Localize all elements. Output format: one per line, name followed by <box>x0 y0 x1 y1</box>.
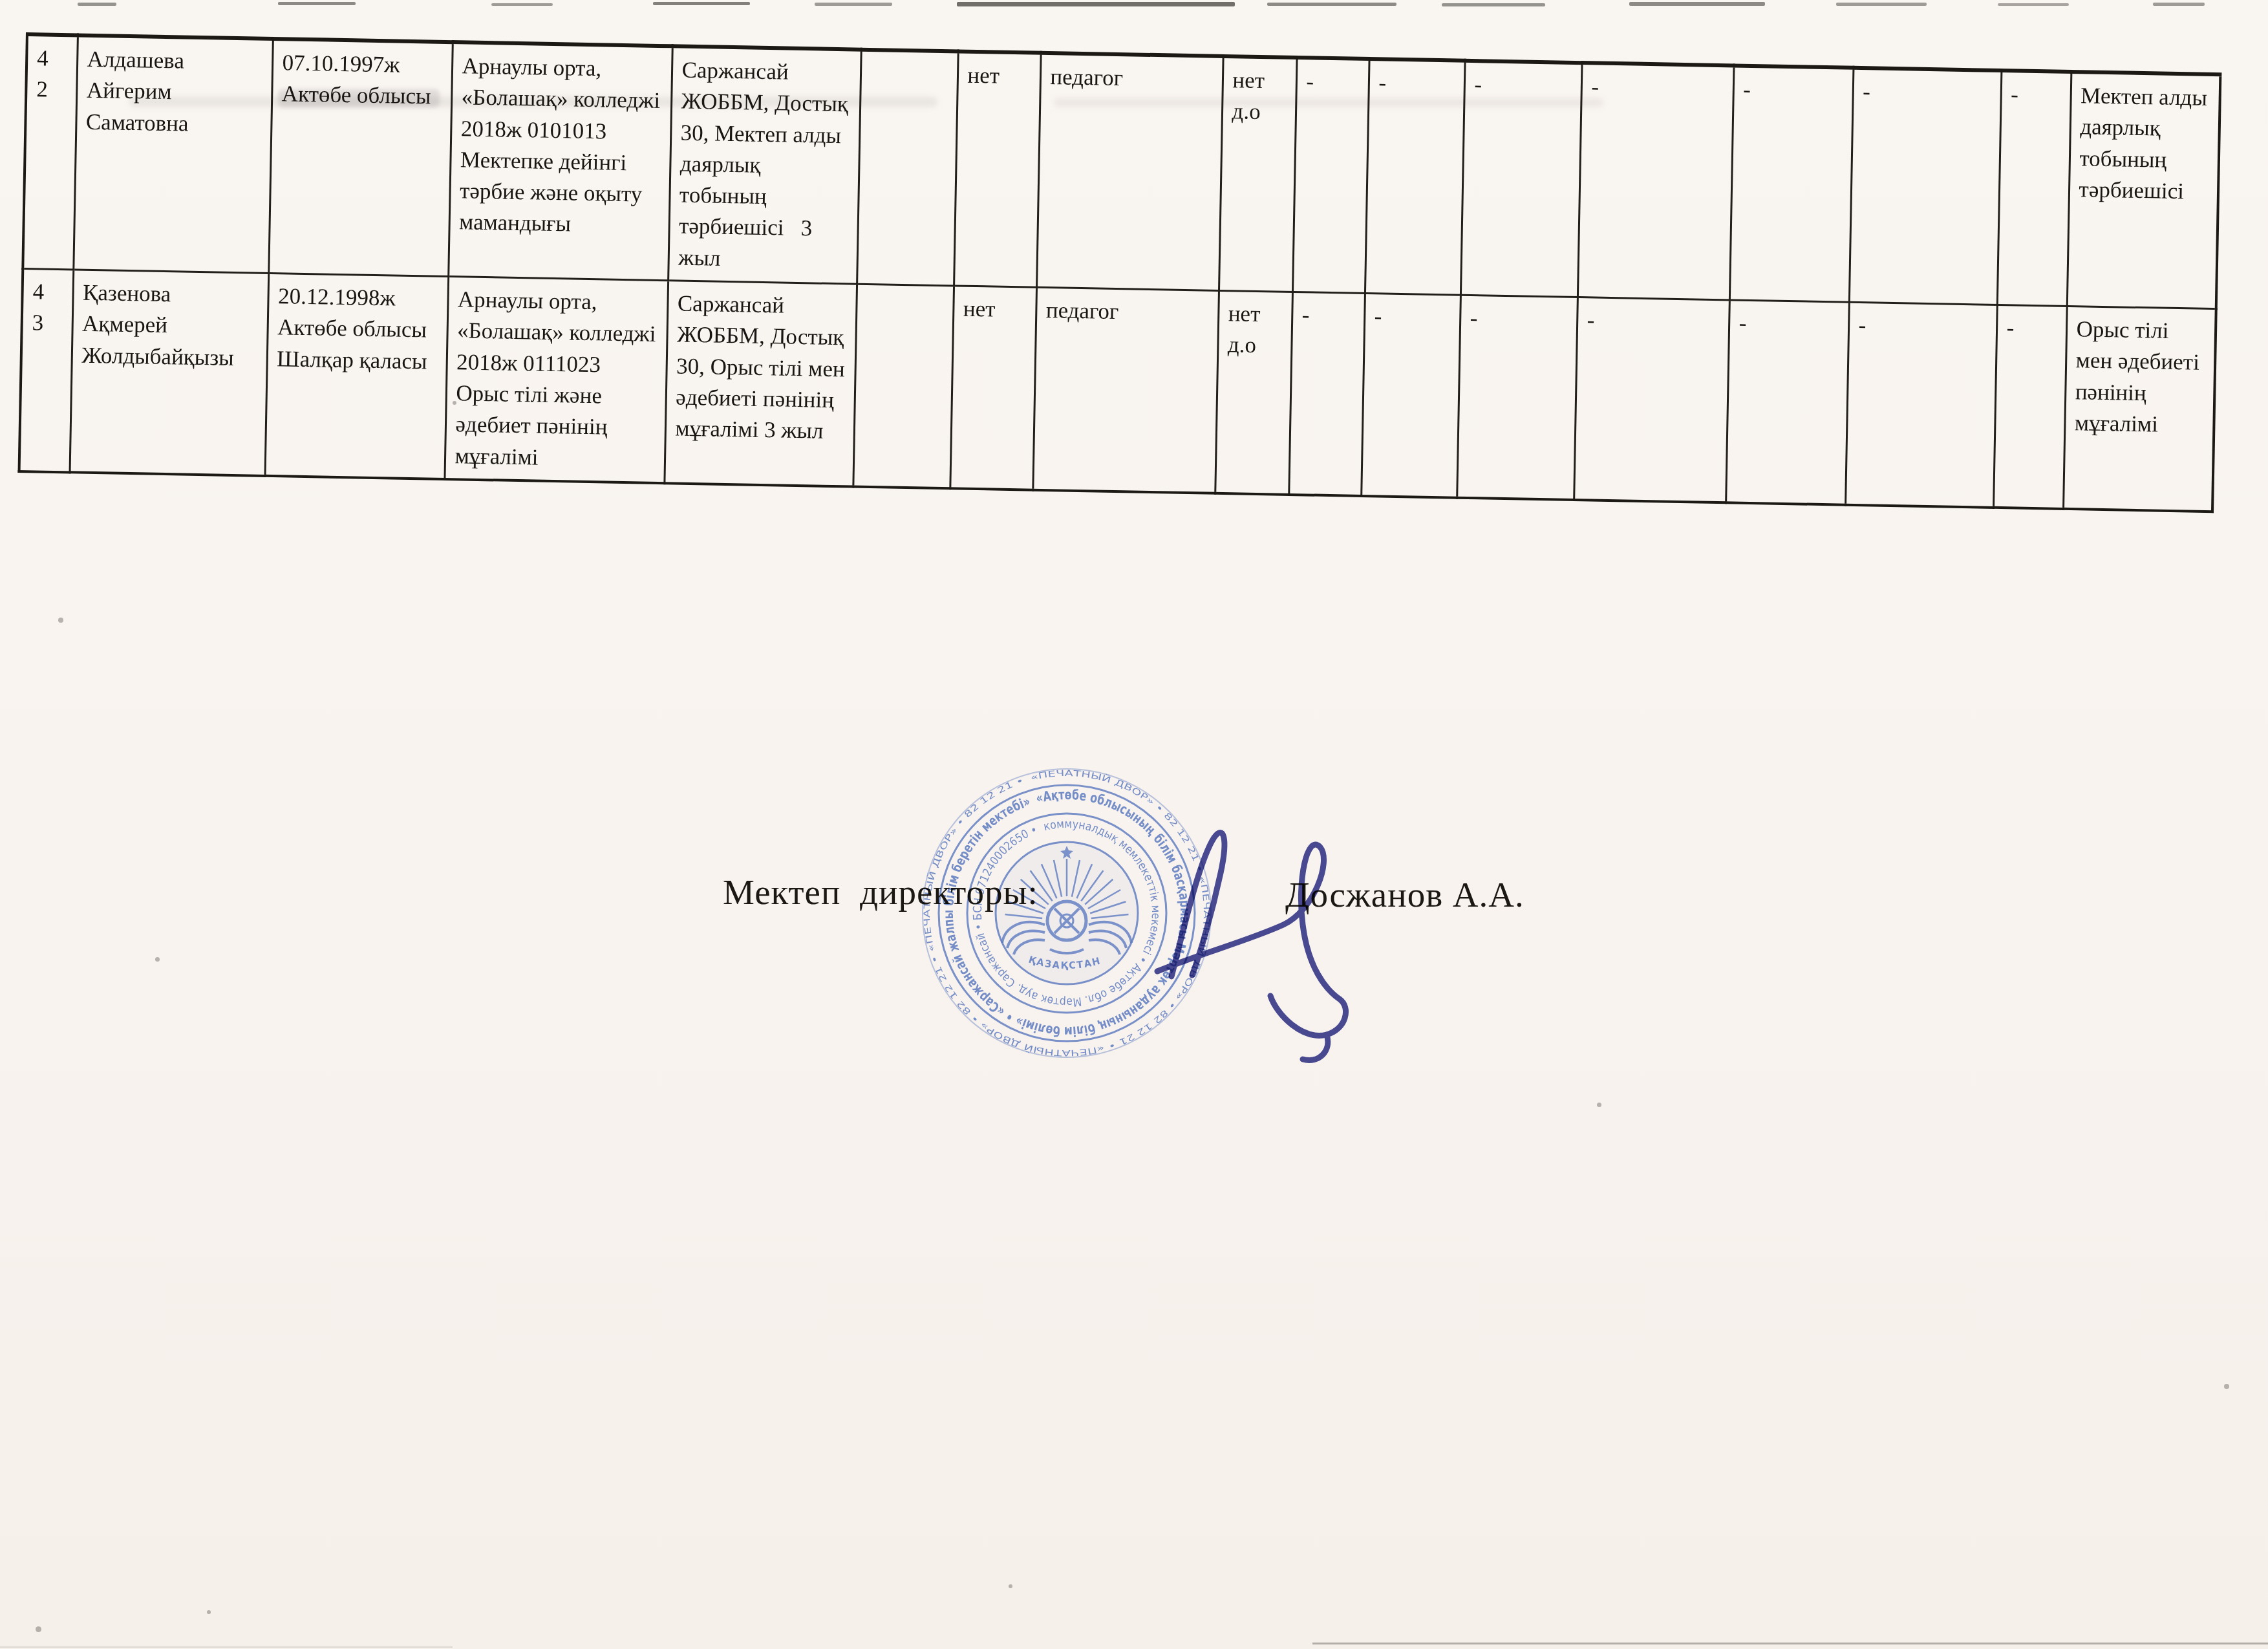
signature-stroke <box>1157 845 1346 1035</box>
cell-row-number: 4 3 <box>19 269 74 473</box>
table-cell: Саржансай ЖОББМ, Достық 30, Мектеп алды … <box>668 46 861 284</box>
table-cell: - <box>1845 302 1997 507</box>
scanned-page: 4 2Алдашева Айгерим Саматовна07.10.1997ж… <box>0 0 2268 1649</box>
scan-edge-mark <box>957 2 1235 6</box>
scan-edge-mark <box>1836 3 1927 6</box>
table-cell: нет <box>950 286 1036 490</box>
table-cell: - <box>1729 65 1854 302</box>
scan-bottom-line <box>0 1646 453 1648</box>
scan-speck <box>207 1610 211 1614</box>
table-cell: нет <box>954 51 1041 287</box>
scan-edge-mark <box>653 2 750 5</box>
scan-edge-mark <box>1998 3 2069 6</box>
table-cell: педагог <box>1032 287 1219 493</box>
scan-edge-mark <box>815 3 892 6</box>
table-cell: нет д.о <box>1219 56 1297 292</box>
scan-speck <box>36 1626 41 1632</box>
scan-edge-mark <box>2153 3 2205 6</box>
table-cell: Мектеп алды даярлық тобының тәрбиешісі <box>2067 72 2221 309</box>
signature-stroke <box>1303 1035 1328 1060</box>
scan-speck <box>1597 1103 1601 1107</box>
table-cell: - <box>1457 295 1578 500</box>
scan-edge-mark <box>1442 3 1545 6</box>
table-cell <box>857 50 958 286</box>
scan-speck <box>155 957 160 962</box>
scan-edge-mark <box>1267 3 1396 6</box>
scan-edge-mark <box>278 2 356 5</box>
table-cell: - <box>1849 68 2002 305</box>
table-cell: - <box>1365 59 1465 295</box>
scan-edge-mark <box>78 3 116 6</box>
table-cell: нет д.о <box>1215 290 1292 494</box>
teacher-table-wrapper: 4 2Алдашева Айгерим Саматовна07.10.1997ж… <box>18 32 2222 513</box>
table-cell: Саржансай ЖОББМ, Достық 30, Орыс тілі ме… <box>664 281 857 487</box>
table-cell <box>853 284 954 488</box>
table-cell: - <box>1289 292 1365 496</box>
cell-row-number: 4 2 <box>23 34 78 270</box>
scan-edge-mark <box>1629 2 1765 6</box>
teacher-table: 4 2Алдашева Айгерим Саматовна07.10.1997ж… <box>18 32 2222 513</box>
table-cell: Арнаулы орта, «Болашақ» колледжі 2018ж 0… <box>448 42 672 281</box>
table-cell: Қазенова Ақмерей Жолдыбайқызы <box>70 270 269 476</box>
table-cell: Орыс тілі мен әдебиеті пәнінің мұғалімі <box>2063 306 2216 511</box>
table-cell: - <box>1574 297 1729 503</box>
scan-speck <box>453 401 456 405</box>
table-row: 4 2Алдашева Айгерим Саматовна07.10.1997ж… <box>23 34 2220 309</box>
table-cell: Арнаулы орта, «Болашақ» колледжі 2018ж 0… <box>444 277 668 483</box>
table-cell: 20.12.1998ж Актөбе облысы Шалқар қаласы <box>264 274 448 479</box>
table-cell: педагог <box>1036 53 1223 291</box>
table-cell: - <box>1361 294 1460 498</box>
table-cell: - <box>1578 63 1734 300</box>
scan-speck <box>1009 1584 1012 1588</box>
table-cell: - <box>1460 61 1582 297</box>
table-cell: - <box>1726 300 1849 505</box>
table-cell: - <box>1997 70 2071 306</box>
director-signature <box>1138 802 1384 1073</box>
scan-speck <box>58 618 63 623</box>
table-cell: Алдашева Айгерим Саматовна <box>73 35 273 273</box>
scan-speck <box>2224 1384 2229 1389</box>
table-cell: - <box>1292 58 1369 294</box>
scan-edge-mark <box>491 3 553 6</box>
table-cell: - <box>1993 305 2067 509</box>
scan-bottom-line <box>1312 1643 2268 1644</box>
table-cell: 07.10.1997ж Актөбе облысы <box>268 39 453 277</box>
table-row: 4 3Қазенова Ақмерей Жолдыбайқызы20.12.19… <box>19 269 2216 512</box>
